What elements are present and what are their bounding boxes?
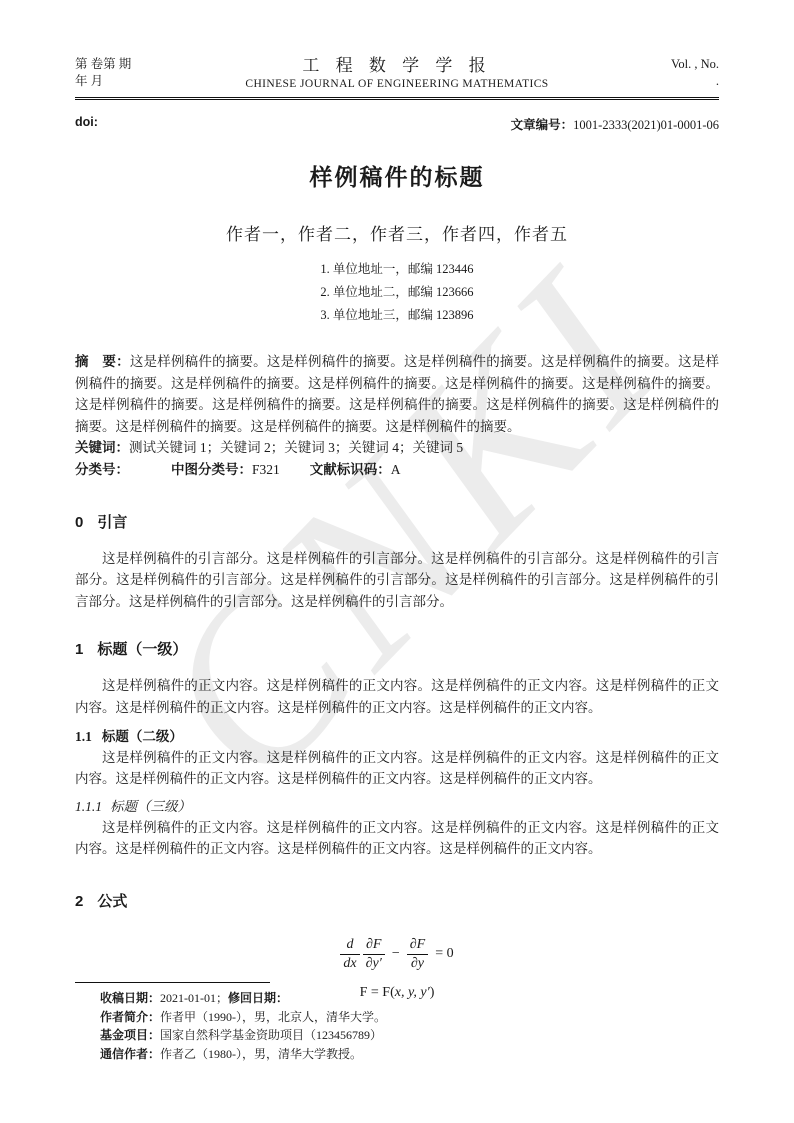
fraction-dF-dy: ∂F∂y	[407, 937, 428, 972]
masthead-journal-title: 工 程 数 学 学 报 CHINESE JOURNAL OF ENGINEERI…	[195, 56, 599, 92]
section-title: 标题（一级）	[97, 641, 187, 658]
section-number: 0	[75, 514, 83, 531]
footnote-label: 通信作者：	[100, 1047, 160, 1061]
clc-value: F321	[252, 462, 280, 477]
journal-masthead: 第 卷第 期 年 月 工 程 数 学 学 报 CHINESE JOURNAL O…	[75, 56, 719, 92]
math-term: dx	[343, 956, 356, 971]
footnote-received-date: 收稿日期：2021-01-01；修回日期：	[100, 989, 719, 1008]
masthead-rule	[75, 97, 719, 100]
section-title: 公式	[97, 893, 127, 910]
section-heading-1: 1标题（一级）	[75, 638, 719, 659]
section-heading-intro: 0引言	[75, 511, 719, 532]
math-term: ∂y	[411, 956, 424, 971]
authors-line: 作者一，作者二，作者三，作者四，作者五	[75, 220, 719, 245]
masthead-issue: 第 卷第 期 年 月	[75, 56, 195, 90]
footnote-funding: 基金项目：国家自然科学基金资助项目（123456789）	[100, 1026, 719, 1045]
fraction-dF-dyprime: ∂F∂y′	[363, 937, 385, 972]
issue-volume-line: 第 卷第 期	[75, 56, 195, 73]
section-heading-2: 2公式	[75, 890, 719, 911]
affiliations-block: 1. 单位地址一，邮编 123446 2. 单位地址二，邮编 123666 3.…	[75, 258, 719, 327]
euler-lagrange-formula: ddx∂F∂y′−∂F∂y= 0	[75, 937, 719, 972]
section-number: 1.1.1	[75, 799, 102, 814]
keywords-text: 测试关键词 1；关键词 2；关键词 3；关键词 4；关键词 5	[129, 440, 463, 455]
masthead-vol: Vol. , No. .	[599, 56, 719, 90]
fraction-numerator: d	[340, 937, 359, 955]
doi-row: doi: 文章编号：1001-2333(2021)01-0001-06	[75, 115, 719, 133]
doc-code-value: A	[391, 462, 401, 477]
math-term: ∂F	[410, 937, 425, 952]
classification-label: 分类号：	[75, 462, 129, 477]
footnote-text: 国家自然科学基金资助项目（123456789）	[160, 1028, 382, 1042]
intro-paragraph: 这是样例稿件的引言部分。这是样例稿件的引言部分。这是样例稿件的引言部分。这是样例…	[75, 548, 719, 613]
paper-title: 样例稿件的标题	[75, 159, 719, 192]
equals-zero: = 0	[435, 946, 453, 961]
math-term: d	[347, 937, 354, 952]
footnote-corresponding-author: 通信作者：作者乙（1980-），男，清华大学教授。	[100, 1045, 719, 1064]
body-paragraph: 这是样例稿件的正文内容。这是样例稿件的正文内容。这是样例稿件的正文内容。这是样例…	[75, 817, 719, 860]
vol-no-line: Vol. , No.	[599, 56, 719, 73]
vol-date-line: .	[599, 73, 719, 90]
section-title: 标题（三级）	[110, 799, 191, 814]
math-term: ∂F	[366, 937, 381, 952]
affiliation-item: 3. 单位地址三，邮编 123896	[75, 304, 719, 327]
affiliation-item: 1. 单位地址一，邮编 123446	[75, 258, 719, 281]
math-term: ∂y′	[366, 956, 382, 971]
doi-label: doi:	[75, 115, 98, 133]
body-paragraph: 这是样例稿件的正文内容。这是样例稿件的正文内容。这是样例稿件的正文内容。这是样例…	[75, 675, 719, 718]
keywords-label: 关键词：	[75, 440, 129, 455]
article-number-label: 文章编号：	[511, 118, 574, 132]
footnote-label: 修回日期：	[228, 991, 288, 1005]
footnote-label: 作者简介：	[100, 1010, 160, 1024]
fraction-denominator: dx	[340, 955, 359, 972]
journal-page: CNKI 第 卷第 期 年 月 工 程 数 学 学 报 CHINESE JOUR…	[0, 0, 794, 1123]
page-content: 第 卷第 期 年 月 工 程 数 学 学 报 CHINESE JOURNAL O…	[0, 0, 794, 1001]
clc-label: 中图分类号：	[171, 462, 252, 477]
body-paragraph: 这是样例稿件的正文内容。这是样例稿件的正文内容。这是样例稿件的正文内容。这是样例…	[75, 747, 719, 790]
section-title: 引言	[97, 514, 127, 531]
footnote-text: 作者甲（1990-），男，北京人，清华大学。	[160, 1010, 386, 1024]
footnote-text: 作者乙（1980-），男，清华大学教授。	[160, 1047, 362, 1061]
section-heading-1-1-1: 1.1.1标题（三级）	[75, 795, 719, 815]
journal-title-cn: 工 程 数 学 学 报	[195, 56, 599, 76]
doc-code-label: 文献标识码：	[310, 462, 391, 477]
section-number: 1.1	[75, 729, 92, 744]
fraction-numerator: ∂F	[407, 937, 428, 955]
abstract-label: 摘 要：	[75, 354, 130, 369]
footnote-label: 收稿日期：	[100, 991, 160, 1005]
article-number: 文章编号：1001-2333(2021)01-0001-06	[511, 115, 719, 133]
journal-title-en: CHINESE JOURNAL OF ENGINEERING MATHEMATI…	[195, 77, 599, 92]
section-number: 2	[75, 893, 83, 910]
footnote-label: 基金项目：	[100, 1028, 160, 1042]
abstract-block: 摘 要：这是样例稿件的摘要。这是样例稿件的摘要。这是样例稿件的摘要。这是样例稿件…	[75, 351, 719, 481]
fraction-d-dx: ddx	[340, 937, 359, 972]
fraction-denominator: ∂y′	[363, 955, 385, 972]
footnote-rule	[75, 982, 270, 983]
fraction-denominator: ∂y	[407, 955, 428, 972]
section-number: 1	[75, 641, 83, 658]
abstract-text: 这是样例稿件的摘要。这是样例稿件的摘要。这是样例稿件的摘要。这是样例稿件的摘要。…	[75, 354, 719, 434]
issue-date-line: 年 月	[75, 73, 195, 90]
classification-line: 分类号：中图分类号：F321文献标识码：A	[75, 459, 719, 481]
abstract-paragraph: 摘 要：这是样例稿件的摘要。这是样例稿件的摘要。这是样例稿件的摘要。这是样例稿件…	[75, 351, 719, 437]
footnote-text: 2021-01-01；	[160, 991, 228, 1005]
minus-operator: −	[392, 946, 400, 961]
footnote-block: 收稿日期：2021-01-01；修回日期： 作者简介：作者甲（1990-），男，…	[75, 982, 719, 1063]
keywords-line: 关键词：测试关键词 1；关键词 2；关键词 3；关键词 4；关键词 5	[75, 437, 719, 459]
article-number-value: 1001-2333(2021)01-0001-06	[573, 118, 719, 132]
section-title: 标题（二级）	[102, 729, 183, 744]
fraction-numerator: ∂F	[363, 937, 385, 955]
footnote-author-bio: 作者简介：作者甲（1990-），男，北京人，清华大学。	[100, 1008, 719, 1027]
affiliation-item: 2. 单位地址二，邮编 123666	[75, 281, 719, 304]
section-heading-1-1: 1.1标题（二级）	[75, 725, 719, 745]
